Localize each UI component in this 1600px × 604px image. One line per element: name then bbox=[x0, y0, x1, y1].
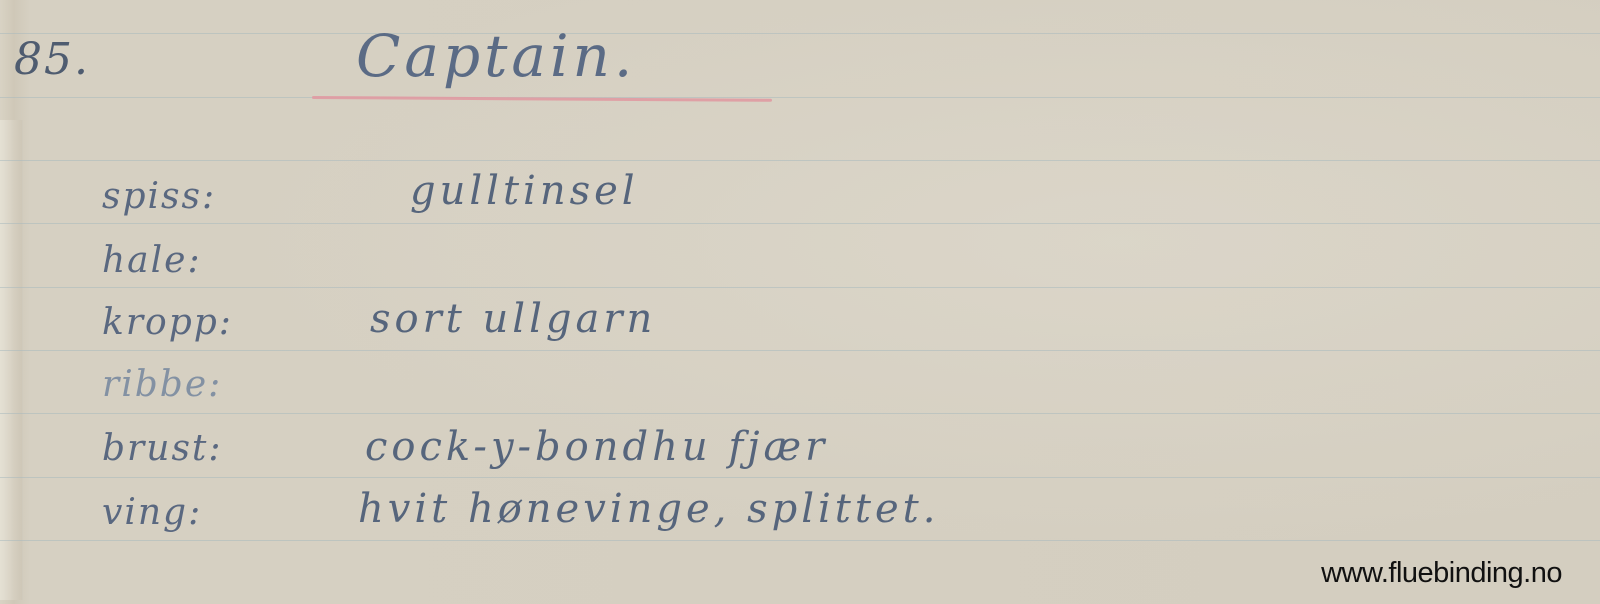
fly-title: Captain. bbox=[356, 22, 636, 90]
recipe-value: hvit hønevinge, splittet. bbox=[358, 486, 939, 532]
ruled-line bbox=[0, 540, 1600, 541]
ruled-line bbox=[0, 97, 1600, 98]
recipe-label: ribbe: bbox=[102, 364, 222, 405]
recipe-value: gulltinsel bbox=[410, 168, 639, 214]
ruled-line bbox=[0, 160, 1600, 161]
recipe-label: kropp: bbox=[102, 302, 233, 343]
ruled-line bbox=[0, 33, 1600, 34]
recipe-value: cock-y-bondhu fjær bbox=[365, 424, 828, 470]
ruled-line bbox=[0, 350, 1600, 351]
recipe-label: hale: bbox=[102, 240, 202, 281]
notebook-page: 85. Captain. spiss: gulltinsel hale: kro… bbox=[0, 0, 1600, 604]
recipe-label: brust: bbox=[102, 428, 223, 469]
recipe-value: sort ullgarn bbox=[370, 296, 656, 342]
ruled-line bbox=[0, 413, 1600, 414]
ruled-line bbox=[0, 223, 1600, 224]
entry-number: 85. bbox=[14, 34, 90, 85]
recipe-label: spiss: bbox=[102, 176, 216, 217]
recipe-label: ving: bbox=[102, 492, 202, 533]
ruled-line bbox=[0, 477, 1600, 478]
page-binding-edge bbox=[0, 120, 23, 600]
ruled-line bbox=[0, 287, 1600, 288]
site-watermark: www.fluebinding.no bbox=[1321, 557, 1562, 590]
